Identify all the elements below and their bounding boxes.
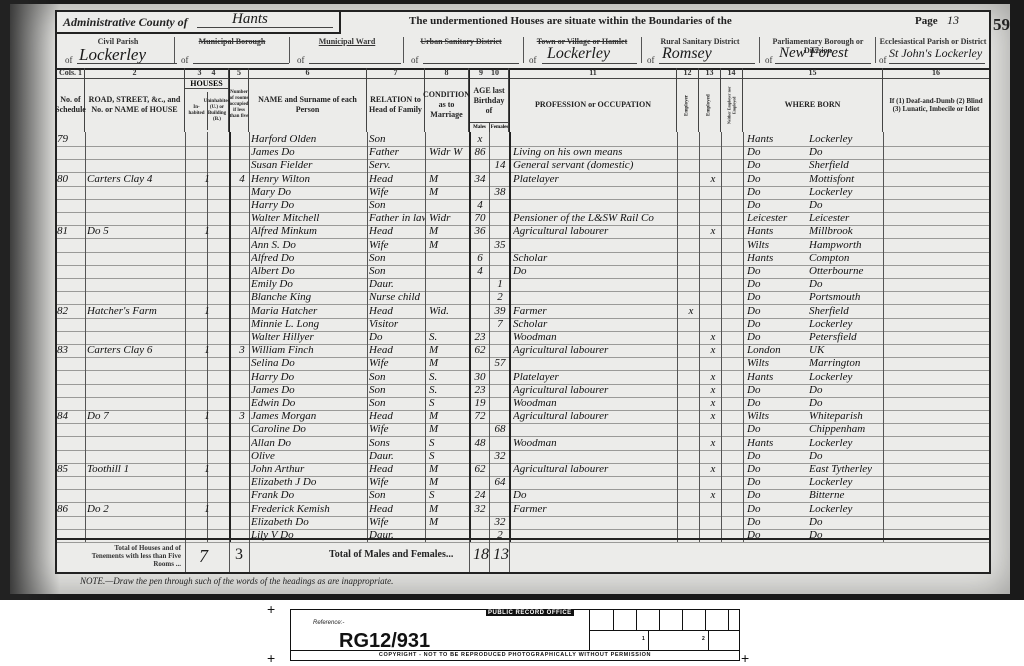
divider: [185, 304, 186, 318]
division-label: Municipal Ward: [293, 37, 401, 46]
divider: [883, 251, 884, 265]
divider: [489, 449, 490, 463]
divider: [489, 488, 490, 502]
birth-place: Lockerley: [809, 370, 883, 384]
divider: [489, 185, 490, 199]
divider: [85, 396, 86, 410]
birth-place: Petersfield: [809, 330, 883, 344]
form-header: Administrative County of Hants The under…: [57, 12, 989, 70]
divider: [229, 211, 231, 225]
schedule-number: [57, 396, 85, 410]
divider: [85, 251, 86, 265]
condition: M: [429, 224, 469, 238]
divider: [425, 172, 426, 186]
neither-mark: [729, 396, 741, 410]
person-name: Edwin Do: [251, 396, 367, 410]
divider: [509, 356, 511, 370]
age-female: [491, 224, 509, 238]
occupation: Living on his own means: [513, 145, 677, 159]
person-name: Frank Do: [251, 488, 367, 502]
col-neither: 14Neither Employer nor Employed: [721, 68, 743, 132]
divider: [85, 185, 86, 199]
divider: [509, 383, 511, 397]
divider: [229, 409, 231, 423]
divider: [489, 383, 490, 397]
divider: [85, 370, 86, 384]
birth-county: Hants: [747, 251, 807, 265]
inhabited: 1: [197, 409, 217, 423]
schedule-number: [57, 251, 85, 265]
schedule-number: [57, 515, 85, 529]
divider: [425, 462, 426, 476]
totals-row: Total of Houses and of Tenements with le…: [57, 538, 989, 572]
ruler-tick: [613, 610, 614, 630]
birth-place: Do: [809, 449, 883, 463]
divider: [883, 317, 884, 331]
divider: [425, 488, 426, 502]
inhabited: 1: [197, 304, 217, 318]
employer-mark: [685, 475, 697, 489]
divider: [699, 277, 700, 291]
divider: [759, 37, 760, 63]
underline: [775, 63, 871, 64]
schedule-number: [57, 238, 85, 252]
age-female: [491, 264, 509, 278]
relation: Head: [369, 172, 425, 186]
birth-county: Do: [747, 396, 807, 410]
employed-mark: [707, 132, 719, 146]
person-name: Harford Olden: [251, 132, 367, 146]
divider: [367, 475, 368, 489]
inhabited: [197, 436, 217, 450]
occupation: General servant (domestic): [513, 158, 677, 172]
rooms: [235, 158, 249, 172]
divider: [229, 224, 231, 238]
divider: [489, 132, 490, 146]
divider: [85, 383, 86, 397]
schedule-number: [57, 185, 85, 199]
col-number: 13: [699, 68, 720, 79]
col-employer: 12Employer: [677, 68, 699, 132]
divider: [489, 515, 490, 529]
age-male: [471, 304, 489, 318]
divider: [743, 172, 744, 186]
divider: [699, 251, 700, 265]
employer-mark: [685, 211, 697, 225]
occupation: Do: [513, 264, 677, 278]
divider: [425, 277, 426, 291]
address: Do 2: [87, 502, 183, 516]
employed-mark: [707, 158, 719, 172]
divider: [229, 185, 231, 199]
address: [87, 422, 183, 436]
divider: [721, 396, 722, 410]
divider: [721, 290, 722, 304]
divider: [367, 462, 368, 476]
divider: [883, 515, 884, 529]
total-persons-label: Total of Males and Females...: [329, 549, 453, 560]
divider: [185, 224, 186, 238]
person-name: James Do: [251, 383, 367, 397]
divider: [699, 290, 700, 304]
age-male: 30: [471, 370, 489, 384]
schedule-number: [57, 264, 85, 278]
ruler-mark: 2: [702, 636, 705, 642]
divider: [721, 185, 722, 199]
birth-place: Do: [809, 383, 883, 397]
address: [87, 132, 183, 146]
age-female: [491, 488, 509, 502]
employer-mark: [685, 145, 697, 159]
divider: [425, 409, 426, 423]
rooms: [235, 145, 249, 159]
neither-mark: [729, 475, 741, 489]
relation: Head: [369, 224, 425, 238]
divider: [509, 449, 511, 463]
divider: [743, 290, 744, 304]
divider: [249, 370, 250, 384]
birth-place: Chippenham: [809, 422, 883, 436]
person-name: James Do: [251, 145, 367, 159]
col-title: Employed: [701, 80, 718, 130]
rooms: [235, 475, 249, 489]
schedule-number: 79: [57, 132, 85, 146]
rooms: [235, 449, 249, 463]
col-where-born: 15WHERE BORN: [743, 68, 883, 132]
condition: S: [429, 488, 469, 502]
divider: [425, 145, 426, 159]
divider: [699, 462, 700, 476]
divider: [249, 158, 250, 172]
neither-mark: [729, 238, 741, 252]
col-number: Cols. 1: [57, 68, 84, 79]
age-female: [491, 462, 509, 476]
person-name: Susan Fielder: [251, 158, 367, 172]
col-title: Employer: [679, 80, 696, 130]
divider: [721, 330, 722, 344]
col-number-3: 3: [198, 68, 202, 77]
condition: [429, 290, 469, 304]
employer-mark: [685, 356, 697, 370]
col-number: 14: [721, 68, 742, 79]
divider: [677, 264, 678, 278]
col-age: 9 10 AGE last Birthday of Males Females: [469, 68, 509, 132]
divider: [489, 251, 490, 265]
divider: [85, 277, 86, 291]
address: [87, 475, 183, 489]
divider: [883, 264, 884, 278]
divider: [185, 330, 186, 344]
divider: [289, 37, 290, 63]
divider: [489, 198, 490, 212]
employer-mark: [685, 198, 697, 212]
neither-mark: [729, 422, 741, 436]
relation: Wife: [369, 356, 425, 370]
of-label: of: [411, 55, 419, 65]
county-box: Administrative County of Hants: [57, 12, 341, 34]
archive-office: PUBLIC RECORD OFFICE: [486, 610, 574, 616]
divider: [425, 158, 426, 172]
divider: [677, 277, 678, 291]
col-number: 8: [425, 68, 468, 79]
condition: M: [429, 172, 469, 186]
divider: [883, 304, 884, 318]
employer-mark: [685, 317, 697, 331]
age-male: [471, 238, 489, 252]
relation: Do: [369, 330, 425, 344]
divider: [229, 436, 231, 450]
birth-county: Do: [747, 462, 807, 476]
divider: [229, 317, 231, 331]
divider: [367, 502, 368, 516]
inhabited: [197, 317, 217, 331]
divider: [743, 251, 744, 265]
divider: [367, 198, 368, 212]
divider: [509, 290, 511, 304]
neither-mark: [729, 462, 741, 476]
divider: [677, 488, 678, 502]
employed-mark: x: [707, 488, 719, 502]
of-label: of: [297, 55, 305, 65]
ruler-tick: [708, 630, 709, 650]
divider: [185, 290, 186, 304]
divider: [489, 436, 490, 450]
age-male: 6: [471, 251, 489, 265]
divider: [229, 304, 231, 318]
condition: S.: [429, 370, 469, 384]
divider: [699, 185, 700, 199]
divider: [489, 422, 490, 436]
divider: [367, 383, 368, 397]
divider: [489, 277, 490, 291]
neither-mark: [729, 251, 741, 265]
col-number: 12: [677, 68, 698, 79]
age-female: [491, 383, 509, 397]
col-title: Uninhabited (U.) or Building (B.): [207, 92, 226, 130]
divider: [509, 436, 511, 450]
condition: [429, 264, 469, 278]
occupation: Scholar: [513, 251, 677, 265]
age-female: 2: [491, 290, 509, 304]
divider: [249, 343, 250, 357]
col-number-4: 4: [212, 68, 216, 77]
address: [87, 383, 183, 397]
person-name: Harry Do: [251, 370, 367, 384]
divider: [367, 436, 368, 450]
divider: [85, 145, 86, 159]
total-houses-value: 7: [199, 546, 208, 567]
divider: [743, 449, 744, 463]
divider: [721, 502, 722, 516]
age-male: 4: [471, 264, 489, 278]
divider: [489, 290, 490, 304]
inhabited: [197, 356, 217, 370]
divider: [677, 317, 678, 331]
divider: [367, 330, 368, 344]
divider: [883, 158, 884, 172]
divider: [249, 409, 250, 423]
divider: [367, 515, 368, 529]
divider: [743, 198, 744, 212]
rooms: [235, 317, 249, 331]
age-female: 14: [491, 158, 509, 172]
division-value: Lockerley: [79, 45, 146, 65]
occupation: [513, 422, 677, 436]
address: [87, 290, 183, 304]
col-title: Number of rooms occupied if less than fi…: [232, 80, 246, 130]
divider: [721, 383, 722, 397]
divider: [677, 198, 678, 212]
employed-mark: [707, 317, 719, 331]
houses-group-label: HOUSES: [185, 79, 228, 89]
divider: [185, 409, 186, 423]
birth-place: Lockerley: [809, 317, 883, 331]
relation: Son: [369, 132, 425, 146]
divider: [185, 356, 186, 370]
employed-mark: x: [707, 409, 719, 423]
divider: [367, 172, 368, 186]
divider: [85, 409, 86, 423]
divider: [743, 211, 744, 225]
address: [87, 436, 183, 450]
divider: [489, 396, 490, 410]
address: Do 5: [87, 224, 183, 238]
total-females-value: 13: [493, 546, 509, 564]
schedule-number: 82: [57, 304, 85, 318]
divider: [677, 502, 678, 516]
divider: [743, 356, 744, 370]
divider: [85, 158, 86, 172]
age-male: 4: [471, 198, 489, 212]
employed-mark: [707, 356, 719, 370]
divider: [883, 343, 884, 357]
birth-place: Lockerley: [809, 475, 883, 489]
divider: [489, 462, 490, 476]
divider: [469, 540, 470, 572]
divider: [743, 475, 744, 489]
divider: [489, 224, 490, 238]
address: [87, 515, 183, 529]
birth-place: Marrington: [809, 356, 883, 370]
relation: Son: [369, 198, 425, 212]
age-male: [471, 449, 489, 463]
divider: [85, 211, 86, 225]
divider: [229, 145, 231, 159]
divider: [677, 370, 678, 384]
divider: [367, 185, 368, 199]
divider: [743, 343, 744, 357]
divider: [699, 145, 700, 159]
divider: [743, 409, 744, 423]
divider: [743, 370, 744, 384]
address: [87, 238, 183, 252]
age-female: 39: [491, 304, 509, 318]
divider: [249, 396, 250, 410]
division-value: Lockerley: [547, 45, 610, 63]
employer-mark: [685, 251, 697, 265]
birth-place: Bitterne: [809, 488, 883, 502]
address: [87, 488, 183, 502]
divider: [185, 264, 186, 278]
employed-mark: [707, 251, 719, 265]
schedule-number: [57, 198, 85, 212]
age-female: [491, 330, 509, 344]
relation: Wife: [369, 475, 425, 489]
divider: [85, 224, 86, 238]
divider: [677, 304, 678, 318]
divider: [85, 264, 86, 278]
address: [87, 277, 183, 291]
address: Hatcher's Farm: [87, 304, 183, 318]
neither-mark: [729, 370, 741, 384]
age-female: 35: [491, 238, 509, 252]
divider: [85, 515, 86, 529]
crop-mark-icon: +: [267, 650, 275, 666]
address: [87, 251, 183, 265]
divider: [699, 449, 700, 463]
neither-mark: [729, 290, 741, 304]
age-male: 32: [471, 502, 489, 516]
relation: Son: [369, 383, 425, 397]
birth-county: Hants: [747, 436, 807, 450]
divider: [229, 475, 231, 489]
birth-county: London: [747, 343, 807, 357]
schedule-number: [57, 488, 85, 502]
divider: [367, 224, 368, 238]
divider: [489, 343, 490, 357]
divider: [489, 238, 490, 252]
neither-mark: [729, 515, 741, 529]
rooms: [235, 502, 249, 516]
employer-mark: [685, 370, 697, 384]
relation: Visitor: [369, 317, 425, 331]
schedule-number: 83: [57, 343, 85, 357]
condition: M: [429, 238, 469, 252]
divider: [185, 158, 186, 172]
schedule-number: 81: [57, 224, 85, 238]
divider: [883, 172, 884, 186]
inhabited: [197, 330, 217, 344]
rooms: [235, 383, 249, 397]
divider: [185, 475, 186, 489]
divider: [883, 502, 884, 516]
total-rooms-value: 3: [235, 546, 243, 564]
divider: [425, 396, 426, 410]
divider: [249, 383, 250, 397]
relation: Wife: [369, 422, 425, 436]
condition: M: [429, 356, 469, 370]
employed-mark: x: [707, 330, 719, 344]
of-label: of: [765, 55, 773, 65]
col-relation: 7RELATION to Head of Family: [367, 68, 425, 132]
birth-place: Portsmouth: [809, 290, 883, 304]
person-name: Emily Do: [251, 277, 367, 291]
col-number: 11: [510, 68, 676, 79]
col-condition: 8CONDITION as to Marriage: [425, 68, 469, 132]
employer-mark: [685, 488, 697, 502]
age-female: [491, 251, 509, 265]
inhabited: [197, 145, 217, 159]
schedule-number: 85: [57, 462, 85, 476]
neither-mark: [729, 449, 741, 463]
neither-mark: [729, 488, 741, 502]
divider: [677, 158, 678, 172]
neither-mark: [729, 343, 741, 357]
divider: [883, 370, 884, 384]
divider: [677, 211, 678, 225]
rooms: [235, 238, 249, 252]
divider: [85, 356, 86, 370]
